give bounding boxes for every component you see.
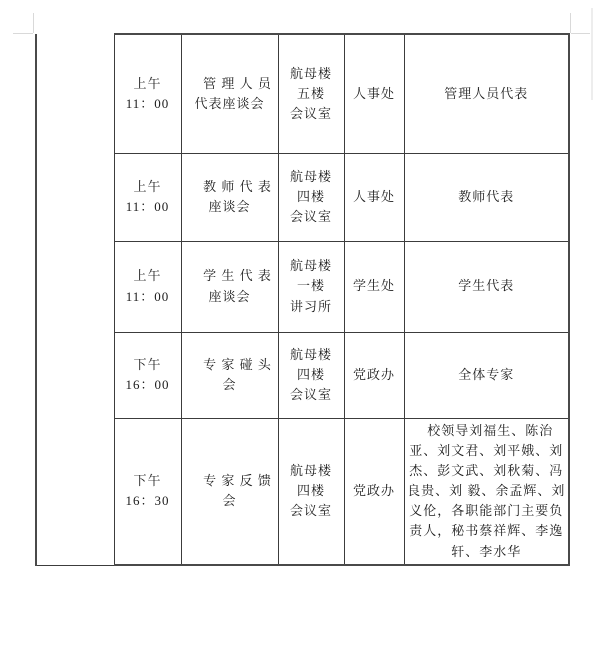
event-cell: 管 理 人 员 代表座谈会 xyxy=(181,34,278,153)
event-cell: 专 家 碰 头 会 xyxy=(181,332,278,418)
time-cell: 下午 16：00 xyxy=(114,332,181,418)
margin-crop-mark-top-left-vertical xyxy=(33,13,34,33)
location-cell: 航母楼 四楼 会议室 xyxy=(278,418,344,565)
time-cell: 上午 11：00 xyxy=(114,34,181,153)
document-page: 上午 11：00 管 理 人 员 代表座谈会 航母楼 五楼 会议室 人事处 管理… xyxy=(0,0,600,667)
event-cell: 教 师 代 表 座谈会 xyxy=(181,153,278,241)
table-row: 上午 11：00 教 师 代 表 座谈会 航母楼 四楼 会议室 人事处 教师代表 xyxy=(36,153,569,241)
schedule-table: 上午 11：00 管 理 人 员 代表座谈会 航母楼 五楼 会议室 人事处 管理… xyxy=(35,33,570,566)
participants-cell: 校领导刘福生、陈治亚、刘文君、刘平娥、刘 杰、彭文武、刘秋菊、冯良贵、刘 毅、余… xyxy=(404,418,569,565)
table-row: 下午 16：30 专 家 反 馈 会 航母楼 四楼 会议室 党政办 校领导刘福生… xyxy=(36,418,569,565)
location-cell: 航母楼 五楼 会议室 xyxy=(278,34,344,153)
time-cell: 下午 16：30 xyxy=(114,418,181,565)
margin-crop-mark-top-right-vertical xyxy=(570,13,571,33)
margin-crop-mark-top-left-horizontal xyxy=(13,33,33,34)
participants-cell: 管理人员代表 xyxy=(404,34,569,153)
participants-cell: 教师代表 xyxy=(404,153,569,241)
table-row: 上午 11：00 学 生 代 表 座谈会 航母楼 一楼 讲习所 学生处 学生代表 xyxy=(36,241,569,332)
event-cell: 专 家 反 馈 会 xyxy=(181,418,278,565)
department-cell: 人事处 xyxy=(344,153,404,241)
margin-crop-mark-top-right-horizontal xyxy=(571,33,590,34)
event-cell: 学 生 代 表 座谈会 xyxy=(181,241,278,332)
table-row: 上午 11：00 管 理 人 员 代表座谈会 航母楼 五楼 会议室 人事处 管理… xyxy=(36,34,569,153)
department-cell: 学生处 xyxy=(344,241,404,332)
table-row: 下午 16：00 专 家 碰 头 会 航母楼 四楼 会议室 党政办 全体专家 xyxy=(36,332,569,418)
time-cell: 上午 11：00 xyxy=(114,153,181,241)
time-cell: 上午 11：00 xyxy=(114,241,181,332)
participants-cell: 全体专家 xyxy=(404,332,569,418)
page-edge-line xyxy=(591,8,593,100)
department-cell: 人事处 xyxy=(344,34,404,153)
location-cell: 航母楼 四楼 会议室 xyxy=(278,332,344,418)
date-cell-continued xyxy=(36,34,114,565)
department-cell: 党政办 xyxy=(344,332,404,418)
department-cell: 党政办 xyxy=(344,418,404,565)
location-cell: 航母楼 四楼 会议室 xyxy=(278,153,344,241)
participants-cell: 学生代表 xyxy=(404,241,569,332)
location-cell: 航母楼 一楼 讲习所 xyxy=(278,241,344,332)
